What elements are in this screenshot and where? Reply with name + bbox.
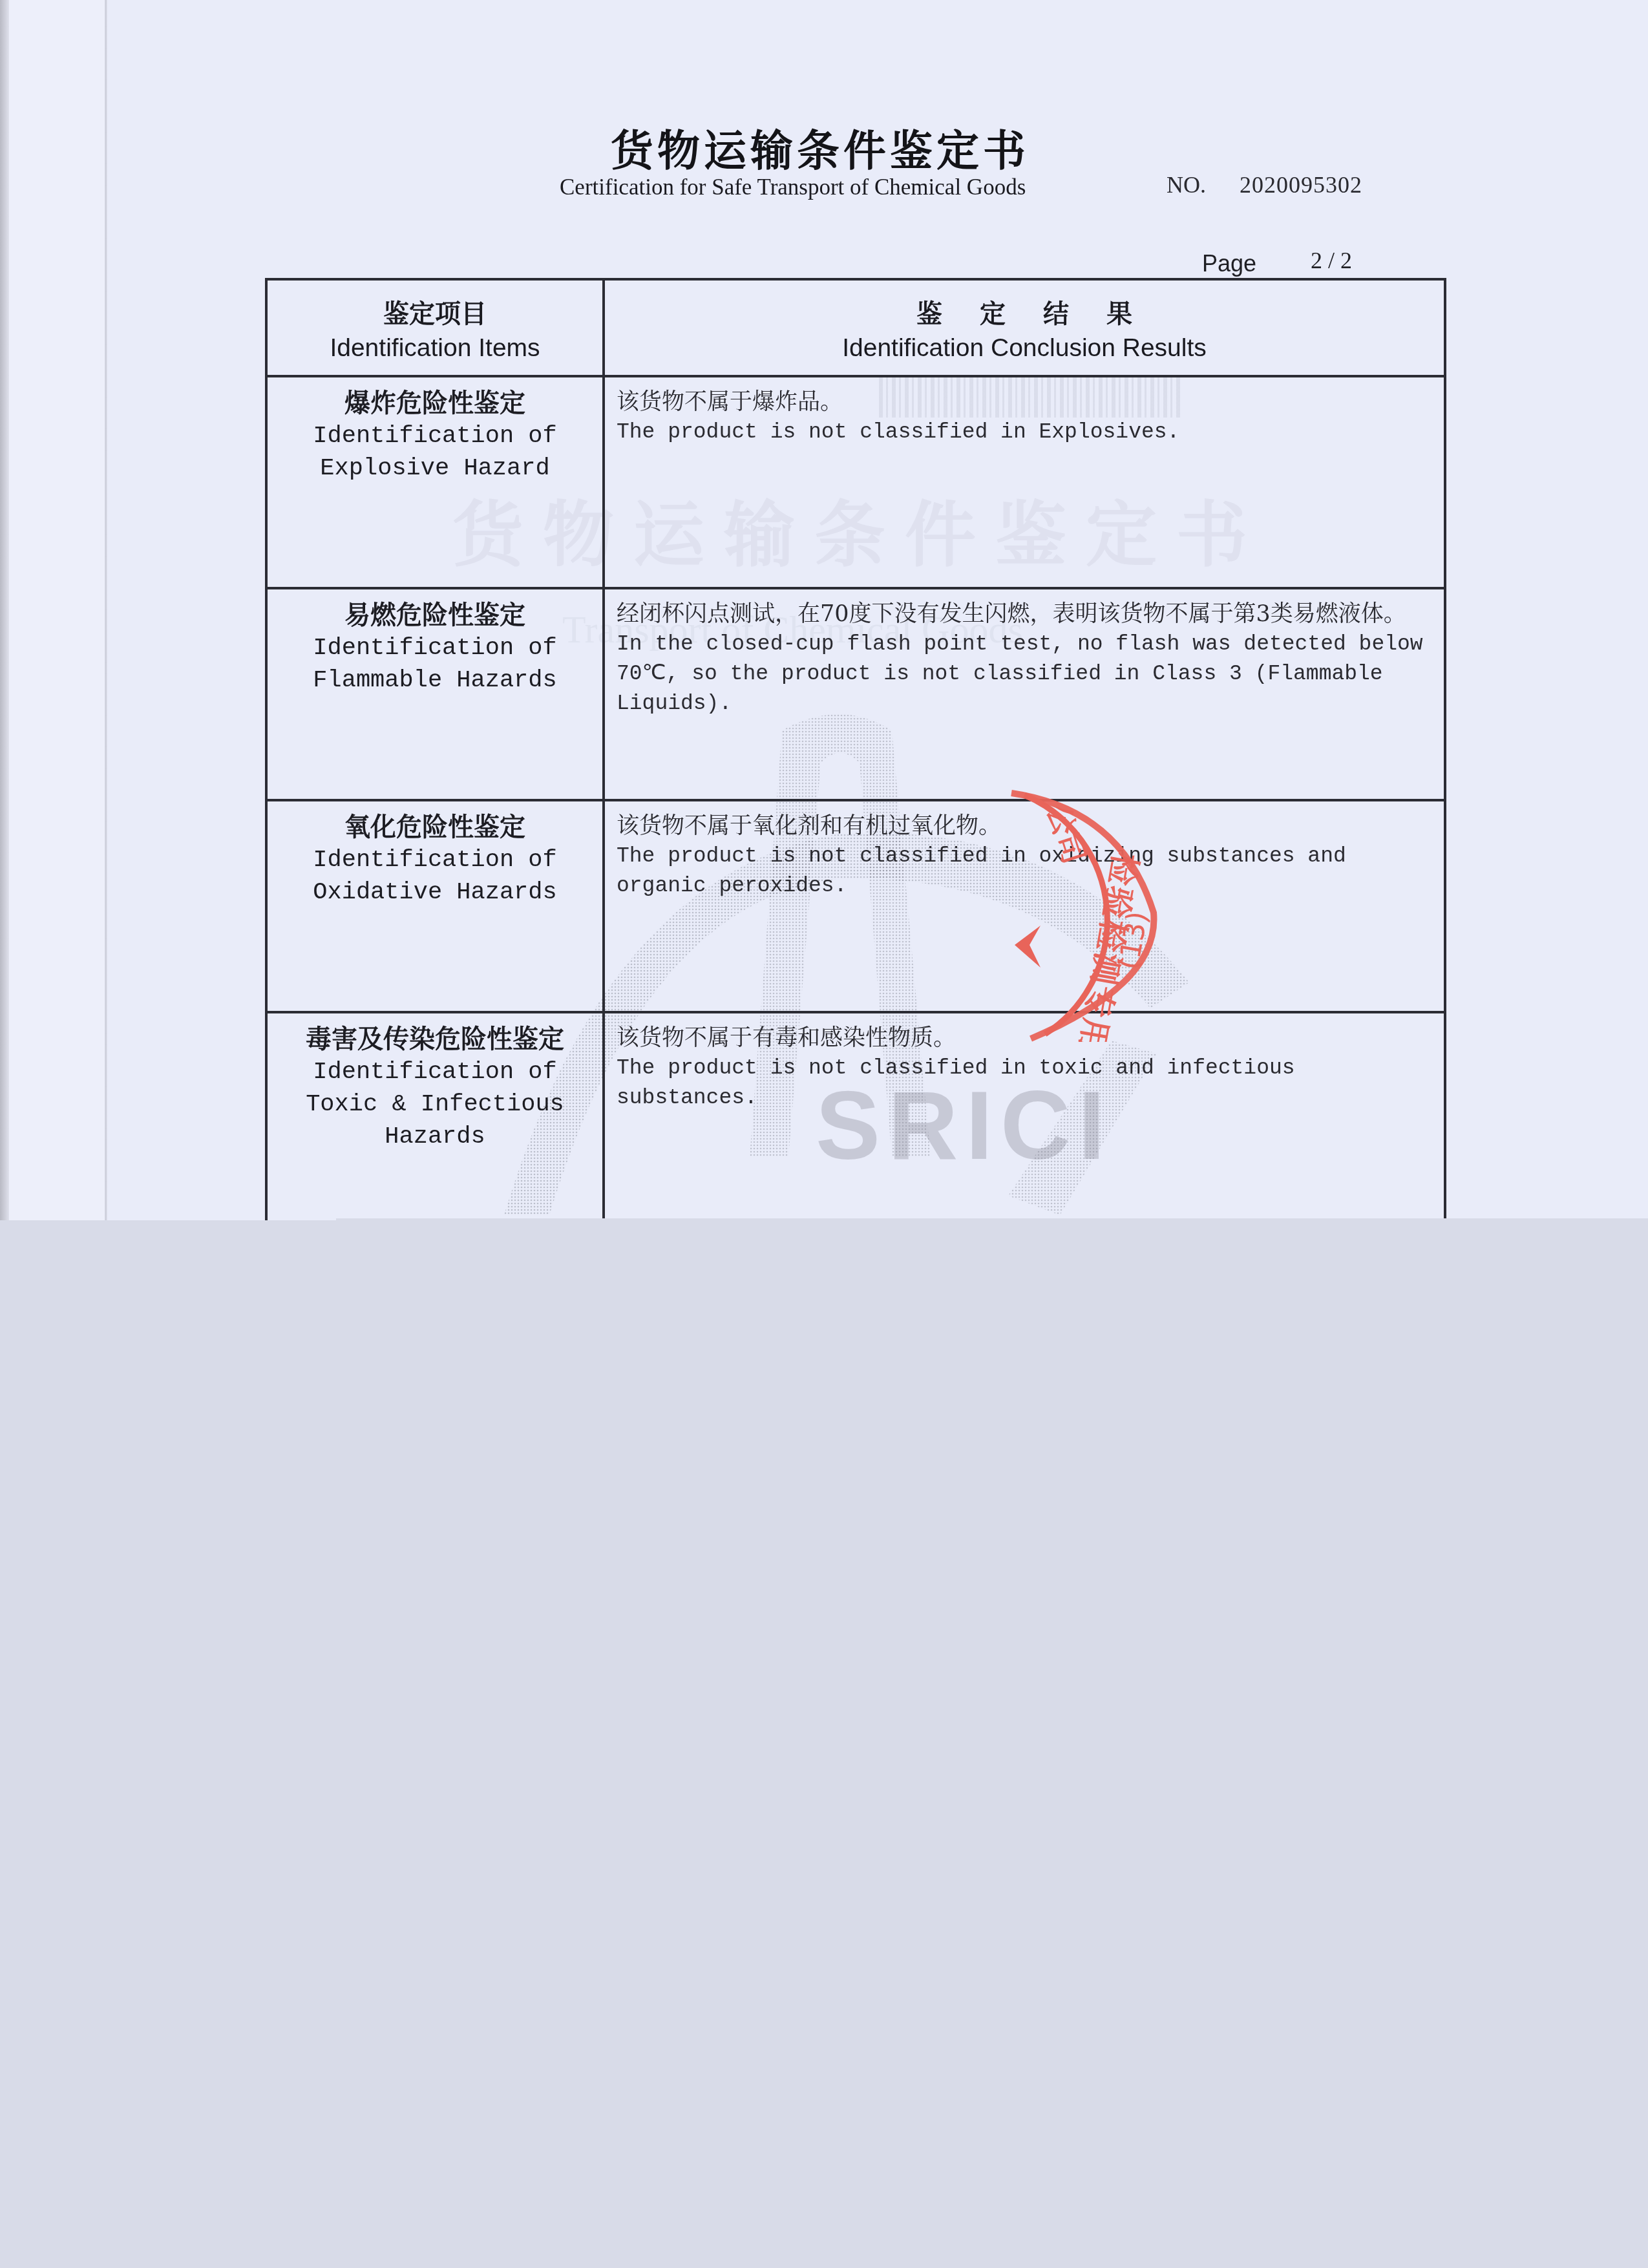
table-header-row: 鉴定项目 Identification Items 鉴定结果 Identific…	[266, 279, 1445, 376]
folded-margin	[9, 0, 105, 1220]
table-row: 氧化危险性鉴定 Identification of Oxidative Haza…	[266, 800, 1445, 1012]
table-row: 易燃危险性鉴定 Identification of Flammable Haza…	[266, 588, 1445, 800]
result-cell: 该货物不属于有毒和感染性物质。 The product is not class…	[604, 1012, 1445, 1220]
item-cell: 毒害及传染危险性鉴定 Identification of Toxic & Inf…	[266, 1012, 604, 1220]
identification-table: 鉴定项目 Identification Items 鉴定结果 Identific…	[265, 278, 1446, 1220]
item-cn: 氧化危险性鉴定	[268, 811, 602, 844]
page-number: 2 / 2	[1311, 247, 1352, 274]
item-en: Identification of Oxidative Hazards	[268, 844, 602, 909]
header-results-cn: 鉴定结果	[605, 293, 1481, 330]
binding-shadow	[0, 0, 9, 1220]
result-en: The product is not classified in Explosi…	[617, 418, 1432, 447]
blank-area	[0, 1220, 1648, 2268]
item-en: Identification of Toxic & Infectious Haz…	[268, 1056, 602, 1153]
cert-number: 2020095302	[1240, 171, 1362, 198]
result-en: In the closed-cup flash point test, no f…	[617, 630, 1432, 719]
result-cell: 该货物不属于爆炸品。 The product is not classified…	[604, 376, 1445, 588]
scanned-page: 货物运输条件鉴定书 Transport of Chemical Goods SR…	[0, 0, 1648, 1220]
result-cell: 该货物不属于氧化剂和有机过氧化物。 The product is not cla…	[604, 800, 1445, 1012]
item-cn: 毒害及传染危险性鉴定	[268, 1023, 602, 1056]
result-en: The product is not classified in toxic a…	[617, 1054, 1432, 1113]
fold-line	[105, 0, 107, 1220]
item-en: Identification of Explosive Hazard	[268, 420, 602, 485]
document-title-cn: 货物运输条件鉴定书	[611, 116, 1030, 178]
item-cell: 爆炸危险性鉴定 Identification of Explosive Haza…	[266, 376, 604, 588]
header-items-en: Identification Items	[268, 334, 602, 363]
header-items: 鉴定项目 Identification Items	[266, 279, 604, 376]
header-items-cn: 鉴定项目	[268, 293, 602, 330]
item-cell: 氧化危险性鉴定 Identification of Oxidative Haza…	[266, 800, 604, 1012]
header-results: 鉴定结果 Identification Conclusion Results	[604, 279, 1445, 376]
document-title-en: Certification for Safe Transport of Chem…	[560, 175, 1026, 200]
result-cell: 经闭杯闪点测试，在70度下没有发生闪燃，表明该货物不属于第3类易燃液体。 In …	[604, 588, 1445, 800]
item-en: Identification of Flammable Hazards	[268, 632, 602, 697]
item-cn: 易燃危险性鉴定	[268, 599, 602, 632]
result-cn: 该货物不属于爆炸品。	[617, 387, 1432, 418]
table-row: 毒害及传染危险性鉴定 Identification of Toxic & Inf…	[266, 1012, 1445, 1220]
table-row: 爆炸危险性鉴定 Identification of Explosive Haza…	[266, 376, 1445, 588]
cert-number-label: NO.	[1167, 171, 1206, 198]
item-cn: 爆炸危险性鉴定	[268, 387, 602, 420]
item-cell: 易燃危险性鉴定 Identification of Flammable Haza…	[266, 588, 604, 800]
result-en: The product is not classified in oxidizi…	[617, 842, 1432, 901]
page-label: Page	[1202, 250, 1256, 277]
result-cn: 该货物不属于氧化剂和有机过氧化物。	[617, 811, 1432, 842]
header-results-en: Identification Conclusion Results	[605, 334, 1444, 363]
result-cn: 经闭杯闪点测试，在70度下没有发生闪燃，表明该货物不属于第3类易燃液体。	[617, 599, 1432, 630]
result-cn: 该货物不属于有毒和感染性物质。	[617, 1023, 1432, 1054]
